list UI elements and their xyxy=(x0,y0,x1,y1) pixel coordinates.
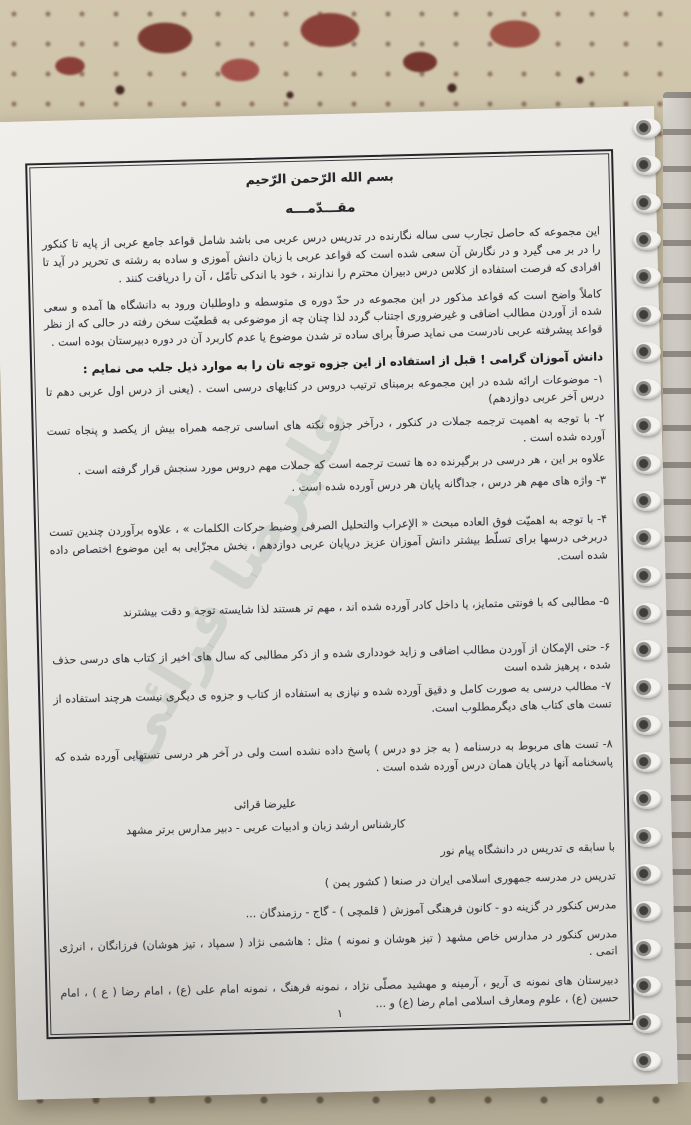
list-item-5: ۵- مطالبی که با فونتی متمایز، یا داخل کا… xyxy=(51,592,609,623)
signature-block: علیرضا قرائی کارشناس ارشد زبان و ادبیات … xyxy=(56,790,475,842)
photo-background: { "document": { "bismillah": "بسم الله ا… xyxy=(0,0,691,1125)
bismillah-heading: بسم الله الرّحمن الرّحیم xyxy=(40,161,598,195)
intro-paragraph-2: کاملاً واضح است که قواعد مذکور در این مج… xyxy=(43,285,602,352)
intro-title: مقـــدّمـــه xyxy=(41,192,599,227)
list-item-8: ۸- تست های مربوط به درسنامه ( به جز دو د… xyxy=(54,735,613,784)
signature-title: کارشناس ارشد زبان و ادبیات عربی - دبیر م… xyxy=(56,814,475,842)
page-border-frame: بسم الله الرّحمن الرّحیم مقـــدّمـــه ای… xyxy=(25,149,634,1039)
list-item-4: ۴- با توجه به اهمیّت فوق العاده مبحث « ا… xyxy=(49,511,608,578)
page-content: بسم الله الرّحمن الرّحیم مقـــدّمـــه ای… xyxy=(40,159,619,1030)
signature-name: علیرضا قرائی xyxy=(56,790,475,818)
credential-line-4: مدرس کنکور در مدارس خاص مشهد ( تیز هوشان… xyxy=(59,925,618,974)
credential-line-1: با سابقه ی تدریس در دانشگاه پیام نور xyxy=(57,838,615,869)
credential-line-3: مدرس کنکور در گزینه دو - کانون فرهنگی آم… xyxy=(58,896,616,927)
notebook-page: علیرضا قرائی بسم الله الرّحمن الرّحیم مق… xyxy=(0,106,678,1100)
credential-line-2: تدریس در مدرسه جمهوری اسلامی ایران در صن… xyxy=(58,867,616,898)
intro-paragraph-1: این مجموعه که حاصل تجارب سی ساله نگارنده… xyxy=(42,223,601,290)
